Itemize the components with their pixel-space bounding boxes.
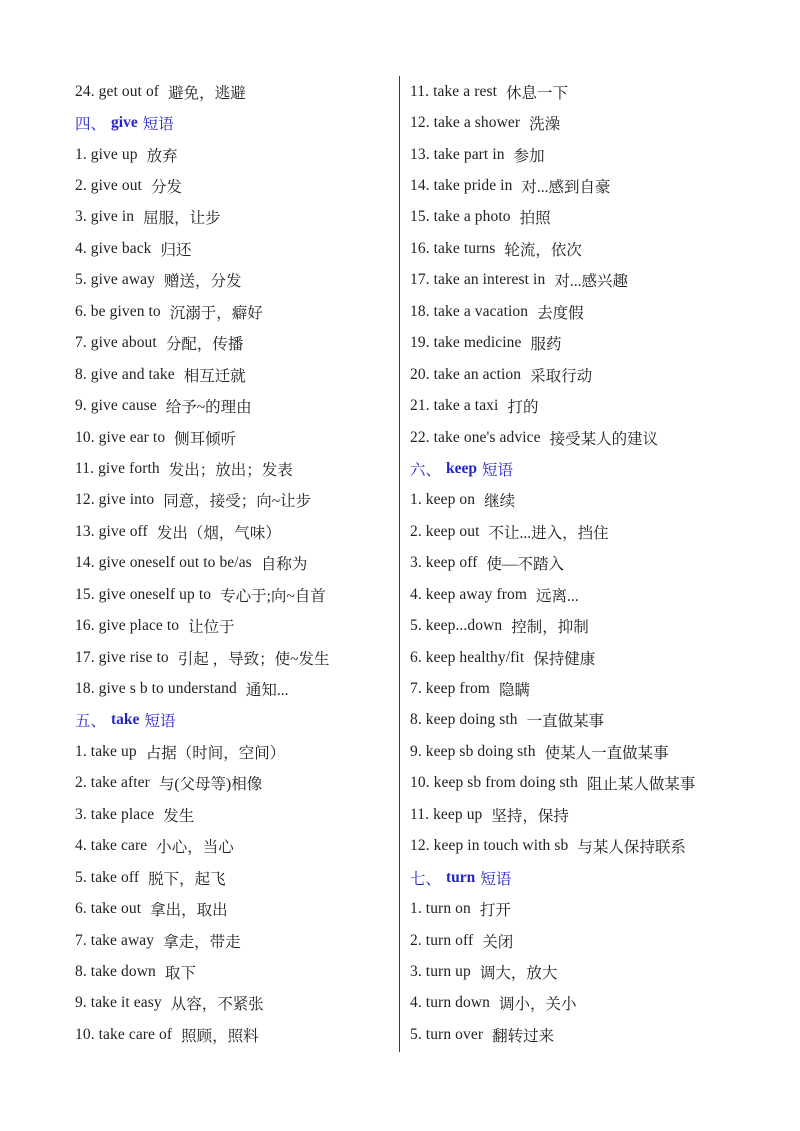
phrase-english: 21. take a taxi <box>410 397 498 415</box>
heading-ordinal: 四、 <box>75 112 106 134</box>
phrase-chinese: 打开 <box>480 898 511 920</box>
phrase-chinese: 对...感兴趣 <box>554 269 628 291</box>
phrase-entry: 2. turn off 关闭 <box>410 925 800 956</box>
phrase-english: 4. take care <box>75 837 147 855</box>
phrase-entry: 8. give and take 相互迁就 <box>75 359 399 390</box>
phrase-english: 7. keep from <box>410 680 490 698</box>
phrase-chinese: 避免，逃避 <box>168 81 246 103</box>
phrase-entry: 2. give out 分发 <box>75 170 399 201</box>
phrase-chinese: 脱下，起飞 <box>148 867 226 889</box>
phrase-english: 19. take medicine <box>410 334 521 352</box>
heading-keyword: take <box>111 711 139 729</box>
phrase-chinese: 不让...进入，挡住 <box>489 521 609 543</box>
heading-ordinal: 六、 <box>410 458 441 480</box>
phrase-entry: 6. take out 拿出，取出 <box>75 893 399 924</box>
phrase-entry: 19. take medicine 服药 <box>410 328 800 359</box>
phrase-entry: 11. take a rest 休息一下 <box>410 76 800 107</box>
phrase-english: 11. take a rest <box>410 83 497 101</box>
phrase-chinese: 阻止某人做某事 <box>587 772 696 794</box>
phrase-chinese: 归还 <box>161 238 192 260</box>
phrase-english: 14. give oneself out to be/as <box>75 554 252 572</box>
heading-label: 短语 <box>482 458 513 480</box>
phrase-english: 12. give into <box>75 491 154 509</box>
phrase-chinese: 控制，抑制 <box>511 615 589 637</box>
phrase-entry: 8. keep doing sth 一直做某事 <box>410 705 800 736</box>
phrase-chinese: 发生 <box>163 804 194 826</box>
phrase-english: 5. keep...down <box>410 617 502 635</box>
phrase-chinese: 照顾，照料 <box>181 1024 259 1046</box>
phrase-entry: 22. take one's advice 接受某人的建议 <box>410 422 800 453</box>
column-divider <box>399 76 400 1052</box>
phrase-english: 11. keep up <box>410 806 482 824</box>
section-heading: 四、 give 短语 <box>75 107 399 138</box>
phrase-chinese: 拿走，带走 <box>163 930 241 952</box>
phrase-chinese: 使某人一直做某事 <box>545 741 669 763</box>
phrase-english: 2. take after <box>75 774 150 792</box>
phrase-english: 7. give about <box>75 334 157 352</box>
phrase-english: 24. get out of <box>75 83 159 101</box>
phrase-chinese: 自称为 <box>261 552 308 574</box>
phrase-entry: 16. give place to 让位于 <box>75 610 399 641</box>
phrase-english: 17. give rise to <box>75 649 169 667</box>
phrase-entry: 12. keep in touch with sb 与某人保持联系 <box>410 831 800 862</box>
phrase-chinese: 让位于 <box>188 615 235 637</box>
phrase-entry: 3. take place 发生 <box>75 799 399 830</box>
phrase-english: 18. take a vacation <box>410 303 528 321</box>
phrase-entry: 14. give oneself out to be/as 自称为 <box>75 548 399 579</box>
phrase-chinese: 发出（烟，气味） <box>157 521 281 543</box>
phrase-english: 4. turn down <box>410 994 490 1012</box>
phrase-chinese: 休息一下 <box>506 81 568 103</box>
phrase-english: 3. give in <box>75 208 134 226</box>
phrase-chinese: 专心于;向~自首 <box>220 584 326 606</box>
phrase-english: 3. keep off <box>410 554 478 572</box>
phrase-entry: 8. take down 取下 <box>75 956 399 987</box>
phrase-entry: 2. keep out 不让...进入，挡住 <box>410 516 800 547</box>
phrase-chinese: 洗澡 <box>529 112 560 134</box>
phrase-entry: 18. take a vacation 去度假 <box>410 296 800 327</box>
phrase-chinese: 从容，不紧张 <box>171 992 264 1014</box>
phrase-english: 22. take one's advice <box>410 429 541 447</box>
phrase-entry: 7. keep from 隐瞒 <box>410 673 800 704</box>
phrase-chinese: 通知... <box>246 678 289 700</box>
phrase-entry: 24. get out of 避免，逃避 <box>75 76 399 107</box>
phrase-chinese: 同意，接受；向~让步 <box>163 489 311 511</box>
heading-label: 短语 <box>144 709 175 731</box>
phrase-chinese: 小心，当心 <box>156 835 234 857</box>
phrase-entry: 20. take an action 采取行动 <box>410 359 800 390</box>
phrase-english: 12. take a shower <box>410 114 520 132</box>
phrase-chinese: 与(父母等)相像 <box>159 772 262 794</box>
heading-keyword: keep <box>446 460 477 478</box>
phrase-chinese: 隐瞒 <box>499 678 530 700</box>
phrase-entry: 1. give up 放弃 <box>75 139 399 170</box>
phrase-english: 13. take part in <box>410 146 505 164</box>
document-page: 24. get out of 避免，逃避 四、 give 短语 1. give … <box>0 0 800 1131</box>
phrase-english: 5. turn over <box>410 1026 483 1044</box>
phrase-english: 10. give ear to <box>75 429 165 447</box>
phrase-english: 13. give off <box>75 523 148 541</box>
phrase-chinese: 引起 ，导致；使~发生 <box>178 647 330 669</box>
phrase-chinese: 使—不踏入 <box>487 552 565 574</box>
phrase-entry: 21. take a taxi 打的 <box>410 390 800 421</box>
phrase-english: 8. give and take <box>75 366 175 384</box>
phrase-chinese: 坚持，保持 <box>491 804 569 826</box>
phrase-entry: 1. keep on 继续 <box>410 485 800 516</box>
phrase-chinese: 一直做某事 <box>527 709 605 731</box>
phrase-entry: 5. turn over 翻转过来 <box>410 1019 800 1050</box>
phrase-english: 2. keep out <box>410 523 480 541</box>
phrase-entry: 4. take care 小心，当心 <box>75 831 399 862</box>
phrase-english: 7. take away <box>75 932 154 950</box>
phrase-entry: 6. keep healthy/fit 保持健康 <box>410 642 800 673</box>
phrase-entry: 13. take part in 参加 <box>410 139 800 170</box>
phrase-entry: 10. give ear to 侧耳倾听 <box>75 422 399 453</box>
phrase-chinese: 相互迁就 <box>184 364 246 386</box>
phrase-entry: 13. give off 发出（烟，气味） <box>75 516 399 547</box>
phrase-english: 20. take an action <box>410 366 521 384</box>
phrase-entry: 10. take care of 照顾，照料 <box>75 1019 399 1050</box>
section-heading: 五、 take 短语 <box>75 705 399 736</box>
phrase-chinese: 取下 <box>165 961 196 983</box>
phrase-english: 15. take a photo <box>410 208 511 226</box>
phrase-english: 14. take pride in <box>410 177 512 195</box>
phrase-english: 1. give up <box>75 146 138 164</box>
heading-label: 短语 <box>480 867 511 889</box>
phrase-chinese: 拍照 <box>520 206 551 228</box>
phrase-chinese: 翻转过来 <box>492 1024 554 1046</box>
phrase-entry: 17. give rise to 引起 ，导致；使~发生 <box>75 642 399 673</box>
phrase-english: 18. give s b to understand <box>75 680 237 698</box>
phrase-english: 9. keep sb doing sth <box>410 743 536 761</box>
phrase-english: 9. take it easy <box>75 994 162 1012</box>
phrase-entry: 10. keep sb from doing sth 阻止某人做某事 <box>410 768 800 799</box>
phrase-chinese: 屈服，让步 <box>143 206 221 228</box>
phrase-entry: 16. take turns 轮流，依次 <box>410 233 800 264</box>
phrase-chinese: 参加 <box>514 144 545 166</box>
phrase-english: 5. give away <box>75 271 155 289</box>
phrase-english: 1. keep on <box>410 491 475 509</box>
phrase-chinese: 调小，关小 <box>499 992 577 1014</box>
phrase-entry: 6. be given to 沉溺于，癖好 <box>75 296 399 327</box>
heading-ordinal: 五、 <box>75 709 106 731</box>
phrase-english: 6. be given to <box>75 303 161 321</box>
phrase-entry: 5. take off 脱下，起飞 <box>75 862 399 893</box>
phrase-chinese: 继续 <box>484 489 515 511</box>
phrase-english: 4. give back <box>75 240 152 258</box>
phrase-english: 16. give place to <box>75 617 179 635</box>
phrase-entry: 3. turn up 调大，放大 <box>410 956 800 987</box>
phrase-entry: 2. take after 与(父母等)相像 <box>75 768 399 799</box>
phrase-entry: 3. give in 屈服，让步 <box>75 202 399 233</box>
phrase-chinese: 保持健康 <box>533 647 595 669</box>
phrase-english: 8. take down <box>75 963 156 981</box>
phrase-english: 1. turn on <box>410 900 471 918</box>
column-left: 24. get out of 避免，逃避 四、 give 短语 1. give … <box>75 76 399 1051</box>
phrase-entry: 9. give cause 给予~的理由 <box>75 390 399 421</box>
phrase-english: 6. take out <box>75 900 141 918</box>
phrase-entry: 1. turn on 打开 <box>410 893 800 924</box>
phrase-english: 17. take an interest in <box>410 271 545 289</box>
phrase-entry: 4. give back 归还 <box>75 233 399 264</box>
phrase-entry: 3. keep off 使—不踏入 <box>410 548 800 579</box>
phrase-entry: 1. take up 占据（时间，空间） <box>75 736 399 767</box>
phrase-chinese: 轮流，依次 <box>504 238 582 260</box>
section-heading: 七、 turn 短语 <box>410 862 800 893</box>
phrase-chinese: 服药 <box>530 332 561 354</box>
heading-label: 短语 <box>143 112 174 134</box>
phrase-english: 15. give oneself up to <box>75 586 211 604</box>
phrase-entry: 9. keep sb doing sth 使某人一直做某事 <box>410 736 800 767</box>
phrase-entry: 18. give s b to understand 通知... <box>75 673 399 704</box>
column-right: 11. take a rest 休息一下 12. take a shower 洗… <box>410 76 800 1051</box>
phrase-chinese: 采取行动 <box>530 364 592 386</box>
phrase-chinese: 赠送，分发 <box>164 269 242 291</box>
phrase-chinese: 给予~的理由 <box>166 395 252 417</box>
phrase-entry: 7. give about 分配，传播 <box>75 328 399 359</box>
phrase-entry: 15. give oneself up to 专心于;向~自首 <box>75 579 399 610</box>
phrase-chinese: 与某人保持联系 <box>577 835 686 857</box>
phrase-chinese: 放弃 <box>147 144 178 166</box>
phrase-chinese: 分发 <box>151 175 182 197</box>
phrase-entry: 5. keep...down 控制，抑制 <box>410 610 800 641</box>
phrase-entry: 9. take it easy 从容，不紧张 <box>75 988 399 1019</box>
heading-keyword: give <box>111 114 138 132</box>
phrase-english: 8. keep doing sth <box>410 711 518 729</box>
phrase-entry: 12. take a shower 洗澡 <box>410 107 800 138</box>
phrase-chinese: 沉溺于，癖好 <box>170 301 263 323</box>
phrase-english: 10. take care of <box>75 1026 172 1044</box>
phrase-chinese: 调大，放大 <box>480 961 558 983</box>
phrase-entry: 17. take an interest in 对...感兴趣 <box>410 265 800 296</box>
phrase-english: 5. take off <box>75 869 139 887</box>
phrase-english: 9. give cause <box>75 397 157 415</box>
two-column-layout: 24. get out of 避免，逃避 四、 give 短语 1. give … <box>0 0 800 1052</box>
phrase-entry: 4. turn down 调小，关小 <box>410 988 800 1019</box>
phrase-chinese: 对...感到自豪 <box>521 175 610 197</box>
phrase-entry: 14. take pride in 对...感到自豪 <box>410 170 800 201</box>
phrase-entry: 11. keep up 坚持，保持 <box>410 799 800 830</box>
phrase-chinese: 远离... <box>536 584 579 606</box>
phrase-chinese: 分配，传播 <box>166 332 244 354</box>
phrase-entry: 5. give away 赠送，分发 <box>75 265 399 296</box>
phrase-chinese: 发出；放出；发表 <box>169 458 293 480</box>
phrase-english: 3. take place <box>75 806 154 824</box>
phrase-entry: 7. take away 拿走，带走 <box>75 925 399 956</box>
phrase-chinese: 关闭 <box>482 930 513 952</box>
phrase-english: 1. take up <box>75 743 137 761</box>
phrase-chinese: 侧耳倾听 <box>174 427 236 449</box>
phrase-english: 2. turn off <box>410 932 473 950</box>
phrase-entry: 15. take a photo 拍照 <box>410 202 800 233</box>
phrase-english: 3. turn up <box>410 963 471 981</box>
phrase-entry: 4. keep away from 远离... <box>410 579 800 610</box>
phrase-chinese: 占据（时间，空间） <box>146 741 286 763</box>
phrase-chinese: 去度假 <box>537 301 584 323</box>
phrase-chinese: 拿出，取出 <box>150 898 228 920</box>
heading-ordinal: 七、 <box>410 867 441 889</box>
phrase-english: 12. keep in touch with sb <box>410 837 568 855</box>
heading-keyword: turn <box>446 869 475 887</box>
phrase-entry: 11. give forth 发出；放出；发表 <box>75 453 399 484</box>
section-heading: 六、 keep 短语 <box>410 453 800 484</box>
phrase-english: 4. keep away from <box>410 586 527 604</box>
phrase-entry: 12. give into 同意，接受；向~让步 <box>75 485 399 516</box>
phrase-chinese: 接受某人的建议 <box>550 427 659 449</box>
phrase-english: 11. give forth <box>75 460 160 478</box>
phrase-english: 2. give out <box>75 177 142 195</box>
phrase-chinese: 打的 <box>507 395 538 417</box>
phrase-english: 10. keep sb from doing sth <box>410 774 578 792</box>
phrase-english: 16. take turns <box>410 240 495 258</box>
phrase-english: 6. keep healthy/fit <box>410 649 524 667</box>
